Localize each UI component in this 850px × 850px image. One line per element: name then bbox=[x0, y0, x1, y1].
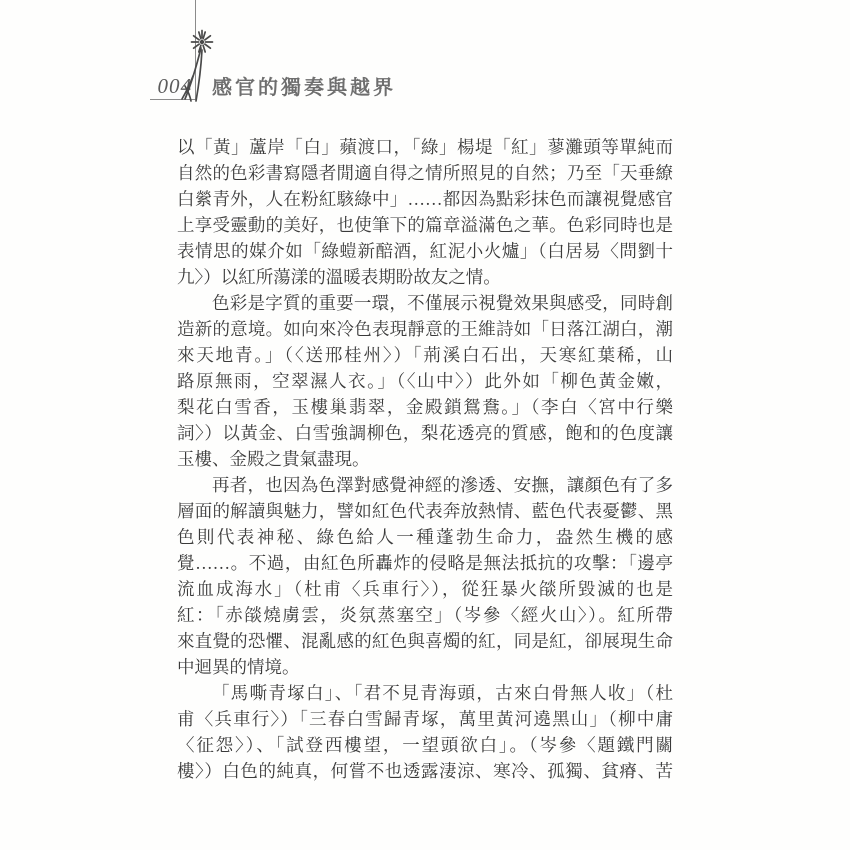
text-line: 層面的解讀與魅力，譬如紅色代表奔放熱情、藍色代表憂鬱、黑 bbox=[177, 498, 673, 524]
text-line: 詞〉）以黃金、白雪強調柳色，梨花透亮的質感，飽和的色度讓 bbox=[177, 420, 673, 446]
text-block: 以「黃」蘆岸「白」蘋渡口，「綠」楊堤「紅」蓼灘頭等單純而自然的色彩書寫隱者閒適自… bbox=[177, 134, 673, 784]
text-line: 上享受靈動的美好，也使筆下的篇章溢滿色之華。色彩同時也是 bbox=[177, 212, 673, 238]
text-line: 流血成海水」（杜甫〈兵車行〉），從狂暴火燄所毀滅的也是 bbox=[177, 576, 673, 602]
text-line: 表情思的媒介如「綠螘新醅酒，紅泥小火爐」（白居易〈問劉十 bbox=[177, 238, 673, 264]
text-line: 以「黃」蘆岸「白」蘋渡口，「綠」楊堤「紅」蓼灘頭等單純而 bbox=[177, 134, 673, 160]
text-line: 甫〈兵車行〉）「三春白雪歸青塚，萬里黃河遶黑山」（柳中庸 bbox=[177, 706, 673, 732]
text-line: 九〉）以紅所蕩漾的溫暖表期盼故友之情。 bbox=[177, 264, 673, 290]
text-line: 〈征怨〉）、「試登西樓望，一望頭欲白」。（岑參〈題鐵門關 bbox=[177, 732, 673, 758]
text-line: 白縈青外，人在粉紅駭綠中」……都因為點彩抹色而讓視覺感官 bbox=[177, 186, 673, 212]
text-line: 梨花白雪香，玉樓巢翡翠，金殿鎖鴛鴦。」（李白〈宮中行樂 bbox=[177, 394, 673, 420]
book-page: 004 感官的獨奏與越界 以「黃」蘆岸「白」蘋渡口，「綠」楊堤「紅」蓼灘頭等單純… bbox=[0, 0, 850, 850]
text-line: 覺……。不過，由紅色所轟炸的侵略是無法抵抗的攻擊：「邊亭 bbox=[177, 550, 673, 576]
text-line: 自然的色彩書寫隱者閒適自得之情所照見的自然；乃至「天垂繚 bbox=[177, 160, 673, 186]
text-line: 樓〉）白色的純真，何嘗不也透露淒涼、寒冷、孤獨、貧瘠、苦 bbox=[177, 758, 673, 784]
text-line: 紅：「赤燄燒虜雲，炎氛蒸塞空」（岑參〈經火山〉）。紅所帶 bbox=[177, 602, 673, 628]
text-line: 來天地青。」（〈送邢桂州〉）「荊溪白石出，天寒紅葉稀，山 bbox=[177, 342, 673, 368]
text-line: 玉樓、金殿之貴氣盡現。 bbox=[177, 446, 673, 472]
running-title: 感官的獨奏與越界 bbox=[212, 75, 396, 99]
text-line: 中迴異的情境。 bbox=[177, 654, 673, 680]
text-line: 色彩是字質的重要一環，不僅展示視覺效果與感受，同時創 bbox=[177, 290, 673, 316]
text-line: 色則代表神秘、綠色給人一種蓬勃生命力，盎然生機的感 bbox=[177, 524, 673, 550]
text-line: 再者，也因為色澤對感覺神經的滲透、安撫，讓顏色有了多 bbox=[177, 472, 673, 498]
text-line: 來直覺的恐懼、混亂感的紅色與喜燭的紅，同是紅，卻展現生命 bbox=[177, 628, 673, 654]
text-line: 造新的意境。如向來冷色表現靜意的王維詩如「日落江湖白，潮 bbox=[177, 316, 673, 342]
text-line: 「馬嘶青塚白」、「君不見青海頭，古來白骨無人收」（杜 bbox=[177, 680, 673, 706]
text-line: 路原無雨，空翠濕人衣。」（〈山中〉）此外如「柳色黃金嫩， bbox=[177, 368, 673, 394]
